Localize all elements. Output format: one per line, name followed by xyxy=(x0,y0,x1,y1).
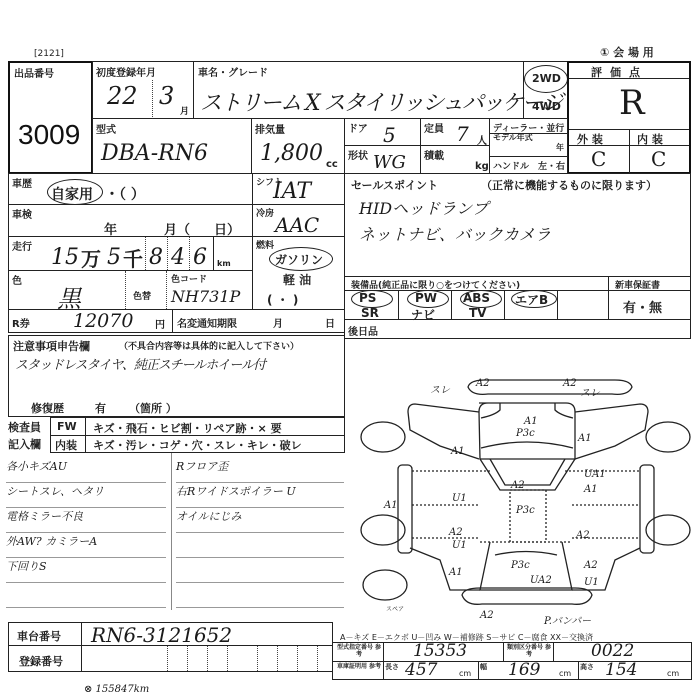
model-year-unit: 年 xyxy=(556,142,564,153)
notes-box: 注意事項申告欄 （不具合内容等は具体的に記入して下さい） スタッドレスタイヤ、純… xyxy=(8,335,345,417)
fuel-other: ( ・ ) xyxy=(267,291,298,308)
inspector-notes-right: Rフロア歪 右Rワイドスポイラー U オイルにじみ xyxy=(176,458,344,608)
damage-mark: UA1 xyxy=(584,469,606,480)
model-year-label: モデル年式 xyxy=(493,134,553,142)
chassis-value: RN6-3121652 xyxy=(91,623,232,647)
damage-mark: U1 xyxy=(584,577,599,588)
inspector-note xyxy=(176,558,344,583)
color-box: 色 黒 色替 色コード NH731P xyxy=(8,270,253,310)
lot-number: 3009 xyxy=(18,119,80,151)
warranty-value: 有・無 xyxy=(623,297,662,316)
chassis-label: 車台番号 xyxy=(17,628,61,644)
damage-mark: P.バンパー xyxy=(544,612,591,627)
damage-mark: UA2 xyxy=(530,575,552,586)
spec-table: 型式指定番号 参考 15353 類別区分番号 参考 0022 車庫証明用 参考 … xyxy=(332,642,692,680)
recycle-box: R券 12070 円 xyxy=(8,309,173,333)
body-type-value: WG xyxy=(373,152,406,173)
color-label: 色 xyxy=(12,272,22,287)
mileage-d2: 4 xyxy=(171,245,185,270)
sales-point-line: ネットナビ、バックカメラ xyxy=(359,222,551,245)
mileage-man-unit: 万 xyxy=(81,243,101,272)
body-type-label: 形状 xyxy=(348,147,368,162)
damage-mark: A2 xyxy=(476,378,490,389)
damage-mark: A2 xyxy=(511,480,525,491)
doors-label: ドア xyxy=(348,120,368,135)
length-value: 457 xyxy=(405,660,437,680)
fuel-diesel: 軽 油 xyxy=(283,271,311,288)
int-items: キズ・汚レ・コゲ・穴・スレ・キレ・破レ xyxy=(93,437,302,453)
selected-circle xyxy=(524,65,568,93)
grade-box: 評価点 R 外 装 内 装 C C xyxy=(567,61,691,174)
inspector-note xyxy=(6,583,166,608)
inspector-note xyxy=(176,533,344,558)
displacement-label: 排気量 xyxy=(255,121,285,136)
model-code-label: 型式 xyxy=(96,121,116,136)
recycle-unit: 円 xyxy=(155,316,165,331)
length-label: 長さ xyxy=(385,662,399,672)
ac-value: AAC xyxy=(275,213,319,237)
mileage-d3: 6 xyxy=(193,245,207,270)
ac-label: 冷房 xyxy=(256,206,274,219)
drive-box: 2WD 4WD xyxy=(523,61,568,119)
mileage-unit: km xyxy=(217,259,231,268)
later-items-box: 後日品 xyxy=(344,319,691,339)
damage-mark: A2 xyxy=(480,610,494,621)
height-label: 高さ xyxy=(580,662,594,672)
mileage-box: 走行 15 万 5 千 8 4 6 km xyxy=(8,236,253,271)
damage-mark: A1 xyxy=(449,567,463,578)
width-value: 169 xyxy=(508,660,540,680)
name-change-label: 名変通知期限 xyxy=(177,315,237,330)
registration-label: 登録番号 xyxy=(19,653,63,669)
int-label: 内装 xyxy=(55,437,77,453)
damage-mark: スレ xyxy=(430,381,450,396)
mileage-d1: 8 xyxy=(149,245,163,270)
model-code-box: 型式 DBA-RN6 xyxy=(92,118,252,174)
notes-text: スタッドレスタイヤ、純正スチールホイール付 xyxy=(15,354,265,373)
interior-value: C xyxy=(651,147,666,171)
inspection-box: 車検 年 月（ 日） xyxy=(8,204,253,237)
type-designation-value: 15353 xyxy=(413,641,467,661)
damage-mark: P3c xyxy=(511,560,530,571)
width-label: 幅 xyxy=(480,662,487,672)
equipment-sr: SR xyxy=(361,306,379,320)
equipment-tv: TV xyxy=(469,306,486,320)
load-label: 積載 xyxy=(424,147,444,162)
capacity-label: 定員 xyxy=(424,120,444,135)
inspector-note: 右Rワイドスポイラー U xyxy=(176,483,344,508)
color-code-value: NH731P xyxy=(171,287,240,306)
drive-4wd: 4WD xyxy=(532,100,561,113)
month-unit: 月 xyxy=(180,104,189,117)
sales-point-line: HIDヘッドランプ xyxy=(359,196,488,219)
mileage-note: ⊗ 155847km xyxy=(84,684,149,695)
history-box: 車歴 自家用 ・（ ） xyxy=(8,173,253,205)
steering-options: 左・右 xyxy=(538,159,565,172)
name-change-month: 月 xyxy=(273,315,283,330)
inspector-note: シートスレ、ヘタリ xyxy=(6,483,166,508)
doors-box: ドア 5 xyxy=(344,118,421,146)
first-reg-year: 22 xyxy=(107,82,138,110)
fuel-label: 燃料 xyxy=(256,238,274,251)
lot-label: 出品番号 xyxy=(14,65,54,80)
height-value: 154 xyxy=(605,660,637,680)
inspector-note xyxy=(176,583,344,608)
name-change-box: 名変通知期限 月 日 xyxy=(172,309,345,333)
damage-mark: A2 xyxy=(449,527,463,538)
damage-mark: A1 xyxy=(584,484,598,495)
notes-label: 注意事項申告欄 xyxy=(13,338,90,354)
fw-items: キズ・飛石・ヒビ割・リペア跡・× 要 xyxy=(93,420,282,436)
inspection-label: 車検 xyxy=(12,206,32,221)
damage-mark: U1 xyxy=(452,540,467,551)
history-rest: ・（ ） xyxy=(105,184,145,204)
car-name-label: 車名・グレード xyxy=(198,64,268,79)
inspector-note: 各小キズAU xyxy=(6,458,166,483)
recycle-label: R券 xyxy=(12,315,30,330)
mileage-man: 15 xyxy=(51,245,79,270)
repair-value: 有 xyxy=(95,400,106,416)
model-code-value: DBA-RN6 xyxy=(101,141,208,166)
length-unit: cm xyxy=(459,669,471,678)
damage-mark: A1 xyxy=(524,416,538,427)
lot-box: 出品番号 3009 xyxy=(8,61,93,174)
inspector-note: Rフロア歪 xyxy=(176,458,344,483)
name-change-day: 日 xyxy=(325,315,335,330)
displacement-value: 1,800 xyxy=(260,141,323,166)
category-number-label: 類別区分番号 参考 xyxy=(505,644,553,658)
damage-mark: スレ xyxy=(580,384,600,399)
inspector-label: 検査員 xyxy=(8,419,41,435)
selected-circle xyxy=(47,179,103,205)
notes-hint: （不具合内容等は具体的に記入して下さい） xyxy=(119,339,299,352)
mileage-sen-unit: 千 xyxy=(123,243,143,272)
repair-place: （箇所 ） xyxy=(129,400,177,416)
car-name-box: 車名・グレード ストリーム X スタイリッシュパッケージ xyxy=(193,61,524,119)
selected-circle xyxy=(511,290,557,308)
inspector-note: 下回りS xyxy=(6,558,166,583)
displacement-box: 排気量 1,800 cc xyxy=(251,118,345,174)
repair-label: 修復歴 xyxy=(31,400,64,416)
first-reg-month: 3 xyxy=(159,82,174,110)
dealer-box: ディーラー・並行 モデル年式 年 ハンドル 左・右 xyxy=(489,118,568,174)
load-box: 積載 kg xyxy=(420,145,490,174)
category-number-value: 0022 xyxy=(591,641,634,661)
displacement-unit: cc xyxy=(326,159,338,170)
damage-mark: A1 xyxy=(384,500,398,511)
inspector-entry-label: 記入欄 xyxy=(8,436,41,452)
selected-circle xyxy=(269,247,333,271)
car-name-value: ストリーム X スタイリッシュパッケージ xyxy=(200,86,561,117)
damage-mark: A2 xyxy=(584,560,598,571)
mileage-sen: 5 xyxy=(107,245,121,270)
inspector-note: 外AW? カミラーA xyxy=(6,533,166,558)
spare-label: スペア xyxy=(386,604,404,613)
venue-label: ① 会 場 用 xyxy=(600,44,654,60)
damage-mark: A2 xyxy=(563,378,577,389)
damage-mark: U1 xyxy=(452,493,467,504)
sheet-code: [2121] xyxy=(34,49,64,59)
capacity-box: 定員 7 人 xyxy=(420,118,490,146)
inspector-note: 電格ミラー不良 xyxy=(6,508,166,533)
warranty-box: 新車保証書 有・無 xyxy=(608,276,691,320)
sales-points-note: （正常に機能するものに限ります） xyxy=(481,177,657,193)
steering-label: ハンドル xyxy=(493,159,529,172)
shift-value: IAT xyxy=(273,179,311,204)
fw-label: FW xyxy=(57,420,77,433)
damage-mark: P3c xyxy=(516,505,535,516)
shift-box: シフト IAT xyxy=(252,173,345,205)
damage-mark: P3c xyxy=(516,428,535,439)
equipment-box: 装備品(純正品に限り○をつけてください) PS PW ABS エアB SR ナビ… xyxy=(344,276,609,320)
recycle-value: 12070 xyxy=(73,310,133,332)
doors-value: 5 xyxy=(383,123,396,147)
sales-points-label: セールスポイント xyxy=(351,177,438,193)
damage-mark: A2 xyxy=(576,530,590,541)
inspector-box: FW キズ・飛石・ヒビ割・リペア跡・× 要 内装 キズ・汚レ・コゲ・穴・スレ・キ… xyxy=(50,417,345,453)
later-items-label: 後日品 xyxy=(348,323,378,338)
color-code-label: 色コード xyxy=(171,272,207,285)
inspector-note: オイルにじみ xyxy=(176,508,344,533)
capacity-value: 7 xyxy=(456,122,469,146)
car-diagram xyxy=(350,360,700,620)
width-unit: cm xyxy=(559,669,571,678)
type-designation-label: 型式指定番号 参考 xyxy=(335,644,383,658)
history-label: 車歴 xyxy=(12,175,32,190)
inspector-notes-left: 各小キズAU シートスレ、ヘタリ 電格ミラー不良 外AW? カミラーA 下回りS xyxy=(6,458,166,608)
dimensions-label: 車庫証明用 参考 xyxy=(335,663,383,670)
first-registration-label: 初度登録年月 xyxy=(96,64,156,79)
mileage-label: 走行 xyxy=(12,238,32,253)
height-unit: cm xyxy=(667,669,679,678)
first-registration-box: 初度登録年月 22 3 月 xyxy=(92,61,194,119)
sales-points-box: セールスポイント （正常に機能するものに限ります） HIDヘッドランプ ネットナ… xyxy=(344,173,691,277)
body-type-box: 形状 WG xyxy=(344,145,421,174)
load-unit: kg xyxy=(475,161,489,172)
grade-value: R xyxy=(619,83,645,123)
chassis-box: 車台番号 RN6-3121652 登録番号 xyxy=(8,622,333,672)
ac-box: 冷房 AAC xyxy=(252,204,345,237)
damage-mark: A1 xyxy=(578,433,592,444)
exterior-value: C xyxy=(591,147,606,171)
color-change-label: 色替 xyxy=(133,289,151,302)
damage-mark: A1 xyxy=(451,446,465,457)
fuel-box: 燃料 ガソリン 軽 油 ( ・ ) xyxy=(252,236,345,310)
